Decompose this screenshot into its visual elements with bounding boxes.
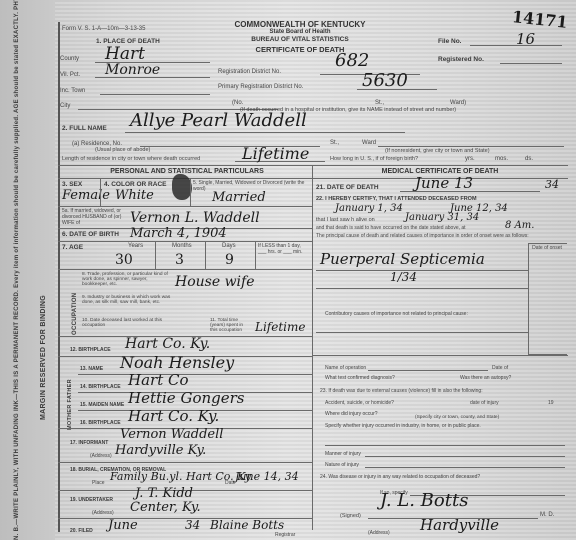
days-label: Days (222, 243, 236, 249)
nature-label: Nature of injury (325, 462, 359, 468)
mother-birthplace-value: Hart Co. Ky. (128, 407, 219, 425)
yrs-label: yrs. (465, 156, 475, 162)
mother-birthplace-label: 16. BIRTHPLACE (80, 420, 121, 426)
ward-label: Ward) (450, 100, 466, 106)
burial-date-value: June 14, 34 (235, 470, 299, 483)
autopsy-label: Was there an autopsy? (460, 375, 511, 381)
age-label: 7. AGE (62, 244, 83, 251)
race-value: White (115, 188, 154, 203)
external-causes-label: 23. If death was due to external causes … (320, 388, 483, 394)
informant-address-value: Hardyville Ky. (115, 443, 206, 458)
contributory-label: Contributory causes of importance not re… (325, 311, 525, 317)
test-label: What test confirmed diagnosis? (325, 375, 395, 381)
age-years: 30 (115, 252, 133, 268)
death-occurred-text: and that death is said to have occurred … (316, 225, 466, 231)
filed-year: 34 (185, 518, 200, 532)
death-certificate: N. B.—WRITE PLAINLY, WITH UNFADING INK—T… (0, 0, 576, 540)
file-no-label: File No. (438, 38, 461, 45)
attended-from: January 1, 34 (335, 203, 403, 214)
age-months: 3 (175, 252, 184, 268)
residence-ward-label: Ward (362, 140, 376, 146)
operation-label: Name of operation (325, 365, 366, 371)
binding-margin (0, 0, 55, 540)
sex-value: Female (62, 188, 110, 203)
date-of-death-label: 21. DATE OF DEATH (316, 184, 379, 191)
usual-abode-note: (Usual place of abode) (95, 147, 150, 153)
undertaker-address-value: Center, Ky. (130, 500, 201, 515)
physician-signature: J. L. Botts (380, 490, 468, 511)
undertaker-label: 19. UNDERTAKER (70, 497, 113, 503)
mos-label: mos. (495, 156, 508, 162)
certificate-title: CERTIFICATE OF DEATH (200, 45, 400, 54)
time-of-death: 8 Am. (505, 220, 534, 231)
date-onset-column (528, 243, 567, 355)
dob-label: 6. DATE OF BIRTH (62, 231, 119, 238)
reg-district-label: Registration District No. (218, 69, 281, 75)
last-saw-value: January 31, 34 (405, 212, 479, 223)
city-label: City (60, 103, 70, 109)
ink-blot (172, 174, 192, 200)
signed-label: (Signed) (340, 513, 361, 519)
specify-label: Specify whether injury occurred in indus… (325, 423, 565, 429)
registrar-label: Registrar (275, 532, 295, 538)
where-label: Where did injury occur? (325, 411, 378, 417)
vil-pct-label: Vil. Pct. (60, 72, 80, 78)
occ-a-label: 8. Trade, profession, or particular kind… (82, 272, 172, 287)
race-label: 4. COLOR OR RACE (104, 181, 166, 188)
spouse-value: Vernon L. Waddell (130, 210, 260, 226)
file-no: 16 (516, 30, 535, 48)
date-of-death-value: June 13 (415, 174, 473, 192)
age-days: 9 (225, 252, 234, 268)
less-day-label: If LESS than 1 day, ___ hrs. or ___ min. (258, 243, 310, 255)
full-name-value: Allye Pearl Waddell (130, 110, 307, 131)
vil-pct-value: Monroe (105, 62, 160, 78)
personal-section-title: PERSONAL AND STATISTICAL PARTICULARS (62, 168, 312, 175)
filed-date: June (108, 518, 138, 533)
undertaker-value: J. T. Kidd (135, 486, 193, 501)
burial-date-label: Date (225, 480, 236, 486)
father-name-label: 13. NAME (80, 366, 103, 372)
date-onset-label: Date of onset (532, 245, 562, 251)
mother-name-value: Hettie Gongers (128, 389, 244, 407)
informant-value: Vernon Waddell (120, 427, 223, 442)
occ-d-label: 11. Total time (years) spent in this occ… (210, 318, 250, 333)
accident-label: Accident, suicide, or homicide? (325, 400, 394, 406)
years-label: Years (128, 243, 143, 249)
undertaker-address-label: (Address) (92, 510, 114, 516)
spouse-label: 5a. If married, widowed, or divorced HUS… (62, 208, 132, 226)
injury-year: 19 (548, 400, 554, 406)
certify-label: 22. I HEREBY CERTIFY, That I attended de… (316, 196, 477, 202)
full-name-label: 2. FULL NAME (62, 125, 107, 132)
margin-instructions: N. B.—WRITE PLAINLY, WITH UNFADING INK—T… (14, 20, 20, 540)
sex-label: 3. SEX (62, 181, 82, 188)
informant-address-label: (Address) (90, 453, 112, 459)
occ-c-label: 10. Date deceased last worked at this oc… (82, 318, 172, 328)
father-name-value: Noah Hensley (120, 353, 234, 372)
occupation-value: House wife (175, 274, 255, 290)
physician-address-label: (Address) (368, 530, 390, 536)
us-residence-label: How long in U. S., if of foreign birth? (330, 156, 418, 162)
county-label: County (60, 56, 79, 62)
injury-date-label: date of injury (470, 400, 499, 406)
father-birthplace-label: 14. BIRTHPLACE (80, 384, 121, 390)
cause-sub: 1/34 (390, 270, 417, 284)
primary-reg-label: Primary Registration District No. (218, 84, 303, 90)
father-birthplace-value: Hart Co (128, 371, 189, 389)
occ-b-label: 9. Industry or business in which work wa… (82, 295, 172, 305)
primary-reg-value: 5630 (362, 70, 408, 91)
ds-label: ds. (525, 156, 533, 162)
marital-value: Married (212, 190, 266, 205)
mother-name-label: 15. MAIDEN NAME (80, 402, 124, 408)
inc-town-label: Inc. Town (60, 88, 85, 94)
filed-label: 20. FILED (70, 528, 93, 534)
column-divider (312, 165, 313, 530)
cause-value: Puerperal Septicemia (320, 250, 485, 268)
occupation-related-label: 24. Was disease or injury in any way rel… (320, 474, 480, 480)
occ-d-value: Lifetime (255, 320, 306, 334)
length-label: Length of residence in city or town wher… (62, 156, 200, 162)
cause-intro: The principal cause of death and related… (316, 233, 566, 239)
informant-label: 17. INFORMANT (70, 440, 108, 446)
burial-place-label: Place (92, 480, 105, 486)
registrar-name: Blaine Botts (210, 518, 284, 532)
operation-date-label: Date of (492, 365, 508, 371)
birthplace-value: Hart Co. Ky. (125, 336, 210, 352)
where-note: (Specify city or town, county, and State… (415, 415, 499, 420)
county-value: Hart (105, 44, 145, 64)
bureau-title: BUREAU OF VITAL STATISTICS (200, 36, 400, 43)
no-label: (No. (232, 100, 243, 106)
residence-st-label: St., (330, 140, 339, 146)
binding-note: MARGIN RESERVED FOR BINDING (40, 295, 47, 420)
physician-address-value: Hardyville (420, 516, 499, 534)
registered-no-label: Registered No. (438, 56, 484, 63)
months-label: Months (172, 243, 192, 249)
occupation-side-label: OCCUPATION (72, 293, 78, 335)
form-number: Form V. S. 1-A—10m—3-13-35 (62, 26, 145, 32)
last-saw-label: that I last saw h alive on (316, 217, 375, 223)
death-year: 34 (545, 178, 559, 191)
nonresident-note: (If nonresident, give city or town and S… (385, 148, 490, 154)
dob-value: March 4, 1904 (130, 226, 227, 241)
manner-label: Manner of injury (325, 451, 361, 457)
birthplace-label: 12. BIRTHPLACE (70, 347, 111, 353)
length-value: Lifetime (242, 144, 309, 163)
md-label: M. D. (540, 512, 554, 518)
st-label: St., (375, 100, 384, 106)
reg-district-value: 682 (335, 50, 369, 71)
parents-side-label: MOTHER FATHER (67, 379, 73, 430)
board-title: State Board of Health (200, 29, 400, 35)
state-title: COMMONWEALTH OF KENTUCKY (200, 20, 400, 29)
